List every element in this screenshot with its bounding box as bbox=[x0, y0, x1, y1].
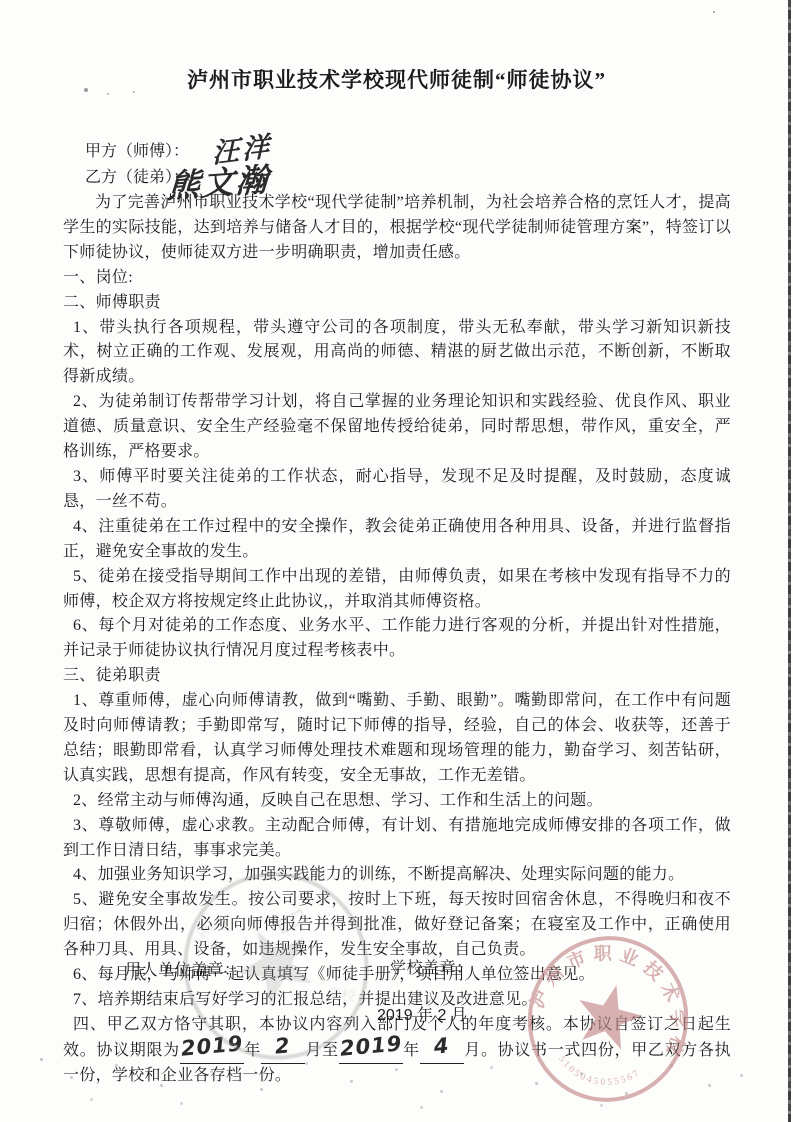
document-title: 泸州市职业技术学校现代师徒制“师徒协议” bbox=[0, 64, 793, 94]
term-unit-year2: 年 bbox=[403, 1042, 420, 1059]
school-seal-label: 学校盖章： bbox=[390, 955, 473, 978]
apprentice-duty-1: 1、尊重师傅，虚心向师傅请教，做到“嘴勤、手勤、眼勤”。嘴勤即常问，在工作中有问… bbox=[63, 689, 731, 789]
apprentice-duty-2: 2、经常主动与师傅沟通，反映自己在思想、学习、工作和生活上的问题。 bbox=[63, 789, 731, 814]
term-start-year-blank: 2019 bbox=[180, 1038, 244, 1064]
intro-paragraph: 为了完善泸州市职业技术学校“现代学徒制”培养机制，为社会培养合格的烹饪人才，提高… bbox=[63, 191, 731, 266]
master-duty-5: 5、徒弟在接受指导期间工作中出现的差错，由师傅负责，如果在考核中发现有指导不力的… bbox=[63, 565, 731, 615]
term-end-year-blank: 2019 bbox=[339, 1038, 403, 1064]
section-2-master-duties: 二、师傅职责 bbox=[63, 291, 731, 316]
scanned-agreement-page: 泸州市职业技术学校现代师徒制“师徒协议” 甲方（师傅）： 乙方（徒弟）： 汪洋 … bbox=[0, 0, 793, 1122]
term-end-month-blank: 4 bbox=[420, 1038, 464, 1064]
term-start-year-value: 2019 bbox=[180, 1034, 244, 1057]
signing-date: 2019 年 2 月 bbox=[377, 1002, 467, 1025]
master-duty-6: 6、每个月对徒弟的工作态度、业务水平、工作能力进行客观的分析，并提出针对性措施，… bbox=[63, 614, 731, 664]
scan-speckles-bottom bbox=[40, 1058, 43, 1061]
term-unit-year1: 年 bbox=[244, 1042, 261, 1059]
scan-edge-artifact bbox=[788, 0, 791, 1122]
section-1-position: 一、岗位: bbox=[63, 266, 731, 291]
master-duty-2: 2、为徒弟制订传帮带学习计划，将自己掌握的业务理论知识和实践经验、优良作风、职业… bbox=[63, 390, 731, 465]
term-start-month-blank: 2 bbox=[261, 1038, 305, 1064]
master-duty-1: 1、带头执行各项规程，带头遵守公司的各项制度，带头无私奉献，带头学习新知识新技术… bbox=[63, 316, 731, 391]
apprentice-duty-3: 3、尊敬师傅，虚心求教。主动配合师傅，有计划、有措施地完成师傅安排的各项工作，做… bbox=[63, 814, 731, 864]
section-3-apprentice-duties: 三、徒弟职责 bbox=[63, 664, 731, 689]
apprentice-duty-5: 5、避免安全事故发生。按公司要求，按时上下班，每天按时回宿舍休息，不得晚归和夜不… bbox=[63, 888, 731, 963]
apprentice-duty-4: 4、加强业务知识学习，加强实践能力的训练，不断提高解决、处理实际问题的能力。 bbox=[63, 863, 731, 888]
employer-seal-label: 用人单位盖章： bbox=[125, 957, 241, 980]
term-unit-month-to: 月至 bbox=[305, 1042, 339, 1059]
term-start-month-value: 2 bbox=[274, 1036, 291, 1055]
agreement-body: 为了完善泸州市职业技术学校“现代学徒制”培养机制，为社会培养合格的烹饪人才，提高… bbox=[63, 191, 731, 1089]
master-duty-4: 4、注重徒弟在工作过程中的安全操作，教会徒弟正确使用各种用具、设备，并进行监督指… bbox=[63, 515, 731, 565]
term-end-year-value: 2019 bbox=[339, 1034, 403, 1057]
term-end-month-value: 4 bbox=[433, 1036, 450, 1055]
master-duty-3: 3、师傅平时要关注徒弟的工作状态，耐心指导，发现不足及时提醒，及时鼓励，态度诚恳… bbox=[63, 465, 731, 515]
